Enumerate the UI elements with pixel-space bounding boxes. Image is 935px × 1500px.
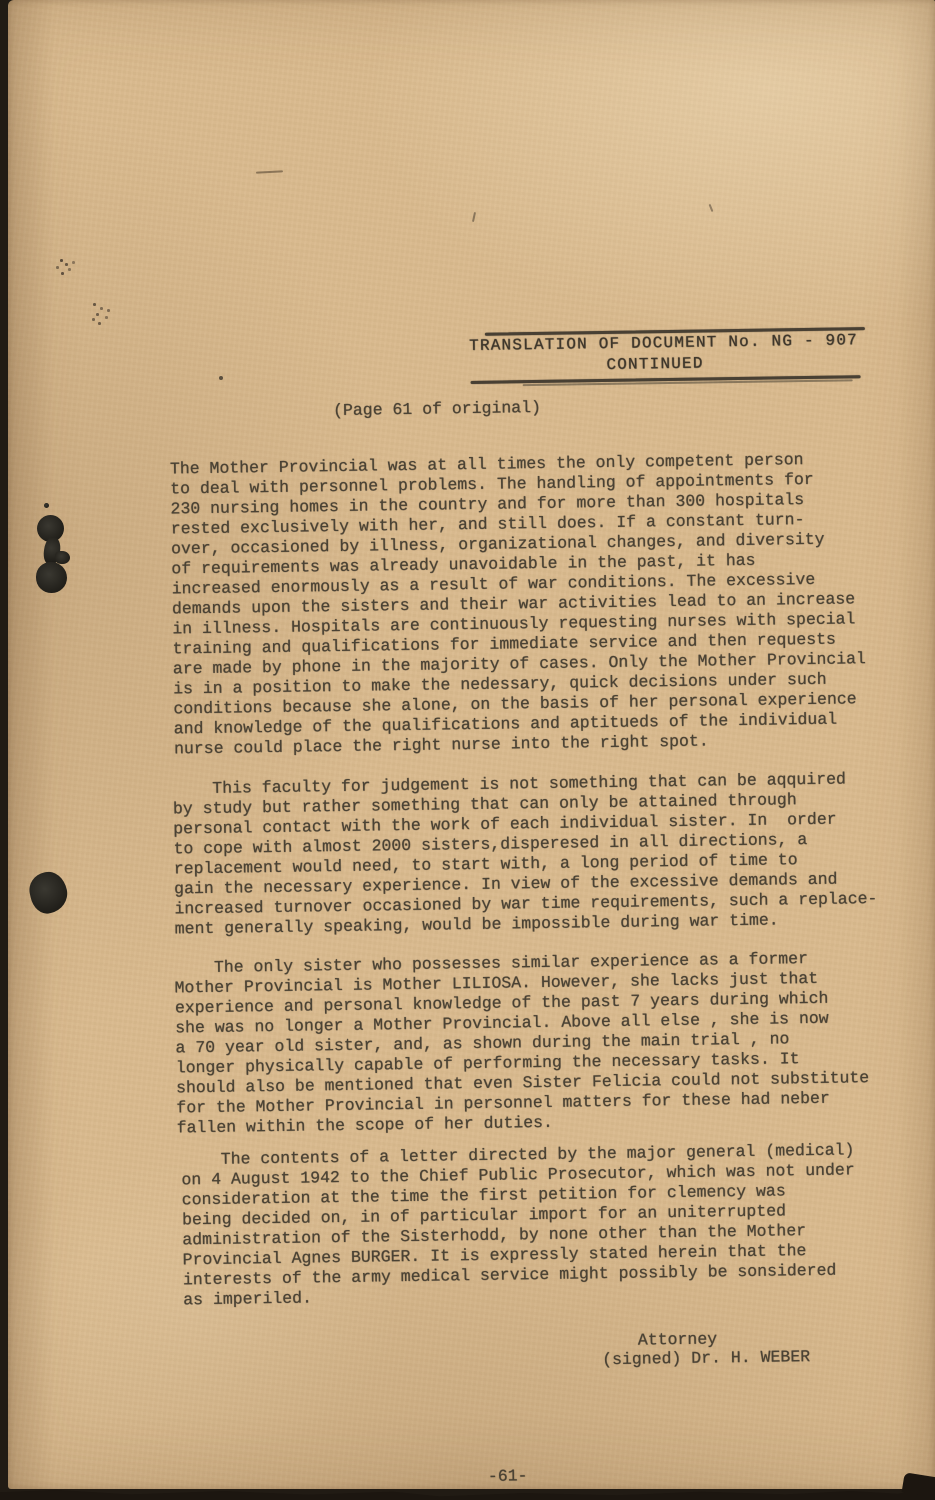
paragraph-4: The contents of a letter directed by the… [181,1140,857,1310]
signature-role: Attorney [638,1329,718,1350]
paper-sheet: TRANSLATION OF DOCUMENT No. NG - 907 CON… [8,0,935,1489]
signature-name: (signed) Dr. H. WEBER [602,1347,810,1370]
page-reference: (Page 61 of original) [333,398,541,420]
paragraph-1: The Mother Provincial was at all times t… [170,449,867,759]
scanned-document-page: { "scan": { "paper_color": "#d9ba8e", "i… [0,0,935,1500]
paragraph-3: The only sister who possesses similar ex… [174,948,870,1138]
typed-text-layer: TRANSLATION OF DOCUMENT No. NG - 907 CON… [0,0,935,1496]
page-number: -61- [488,1466,528,1486]
paragraph-2: This faculty for judgement is not someth… [172,769,877,939]
document-subtitle-continued: CONTINUED [606,355,703,374]
